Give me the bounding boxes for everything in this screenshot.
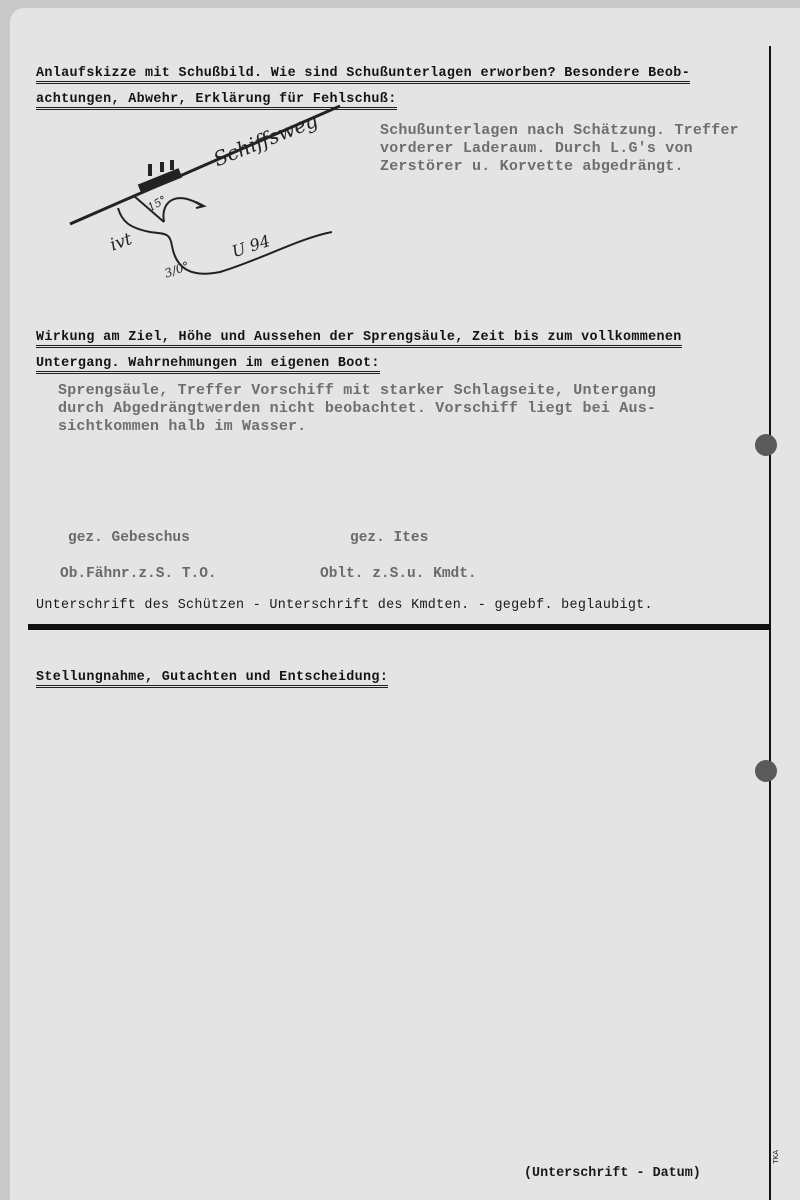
attack-sketch: Schiffsweg 15° ivt 3/0° U 94 (60, 98, 350, 288)
signature-date-label: (Unterschrift - Datum) (524, 1166, 701, 1181)
rank-commander: Oblt. z.S.u. Kmdt. (320, 566, 477, 582)
svg-text:U 94: U 94 (229, 231, 272, 261)
ship-icon (138, 160, 183, 194)
section1-heading-line1: Anlaufskizze mit Schußbild. Wie sind Sch… (36, 66, 690, 81)
section1-answer-line: vorderer Laderaum. Durch L.G's von (380, 140, 693, 158)
section3-heading: Stellungnahme, Gutachten und Entscheidun… (36, 670, 388, 685)
signature-commander: gez. Ites (350, 530, 428, 546)
section2-answer-line: durch Abgedrängtwerden nicht beobachtet.… (58, 400, 656, 418)
svg-text:ivt: ivt (107, 229, 135, 255)
section2-answer-line: sichtkommen halb im Wasser. (58, 418, 306, 436)
section2-heading-line2: Untergang. Wahrnehmungen im eigenen Boot… (36, 356, 380, 371)
margin-rule (769, 46, 771, 1200)
punch-hole-icon (755, 760, 777, 782)
archive-stamp: TKA (772, 1150, 780, 1164)
section1-answer-line: Zerstörer u. Korvette abgedrängt. (380, 158, 684, 176)
svg-text:15°: 15° (146, 193, 169, 214)
section2-heading-line1: Wirkung am Ziel, Höhe und Aussehen der S… (36, 330, 682, 345)
signature-shooter: gez. Gebeschus (68, 530, 190, 546)
svg-text:3/0°: 3/0° (163, 259, 192, 281)
heading-text: Stellungnahme, Gutachten und Entscheidun… (36, 670, 388, 688)
heading-text: Wirkung am Ziel, Höhe und Aussehen der S… (36, 330, 682, 348)
section2-answer-line: Sprengsäule, Treffer Vorschiff mit stark… (58, 382, 656, 400)
section-divider (28, 624, 770, 630)
heading-text: Anlaufskizze mit Schußbild. Wie sind Sch… (36, 66, 690, 84)
signature-caption: Unterschrift des Schützen - Unterschrift… (36, 598, 653, 613)
rank-shooter: Ob.Fähnr.z.S. T.O. (60, 566, 217, 582)
punch-hole-icon (755, 434, 777, 456)
heading-text: Untergang. Wahrnehmungen im eigenen Boot… (36, 356, 380, 374)
section1-answer-line: Schußunterlagen nach Schätzung. Treffer (380, 122, 739, 140)
svg-text:Schiffsweg: Schiffsweg (210, 108, 321, 172)
